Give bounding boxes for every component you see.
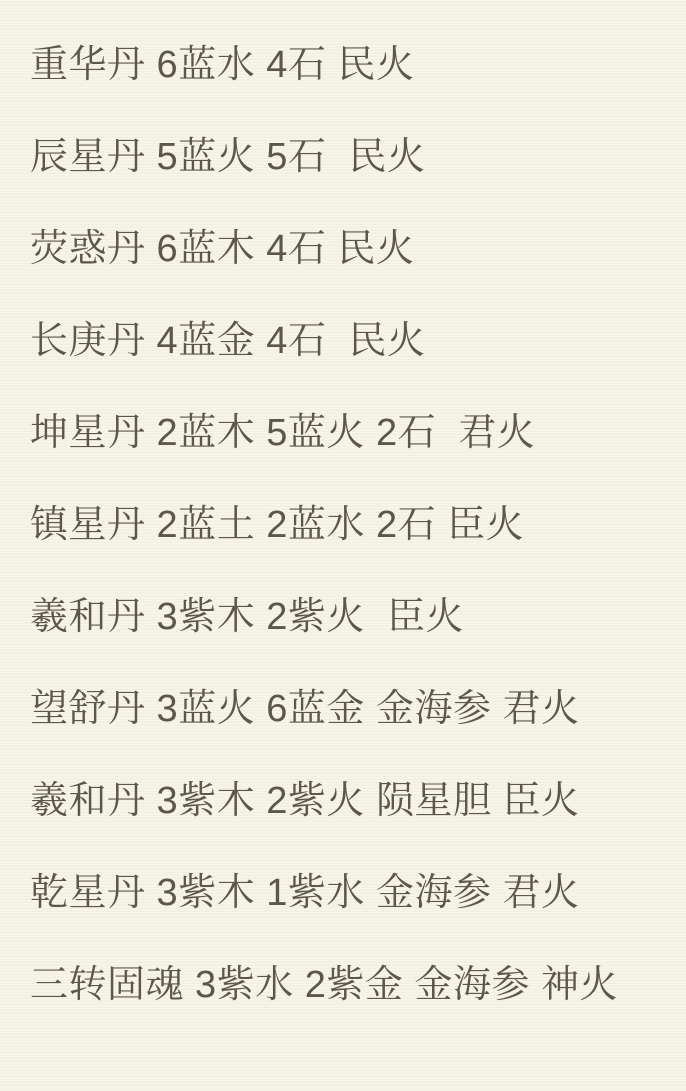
recipe-line: 坤星丹 2蓝木 5蓝火 2石 君火	[30, 382, 676, 474]
recipe-line: 三转固魂 3紫水 2紫金 金海参 神火	[30, 934, 676, 1026]
recipe-line: 荧惑丹 6蓝木 4石 民火	[30, 198, 676, 290]
recipe-line: 羲和丹 3紫木 2紫火 臣火	[30, 566, 676, 658]
recipe-line: 望舒丹 3蓝火 6蓝金 金海参 君火	[30, 658, 676, 750]
note-page: 重华丹 6蓝水 4石 民火 辰星丹 5蓝火 5石 民火 荧惑丹 6蓝木 4石 民…	[0, 0, 686, 1091]
recipe-line: 镇星丹 2蓝土 2蓝水 2石 臣火	[30, 474, 676, 566]
recipe-line: 羲和丹 3紫木 2紫火 陨星胆 臣火	[30, 750, 676, 842]
recipe-line: 辰星丹 5蓝火 5石 民火	[30, 106, 676, 198]
recipe-line: 乾星丹 3紫木 1紫水 金海参 君火	[30, 842, 676, 934]
recipe-line: 长庚丹 4蓝金 4石 民火	[30, 290, 676, 382]
recipe-line: 重华丹 6蓝水 4石 民火	[30, 14, 676, 106]
